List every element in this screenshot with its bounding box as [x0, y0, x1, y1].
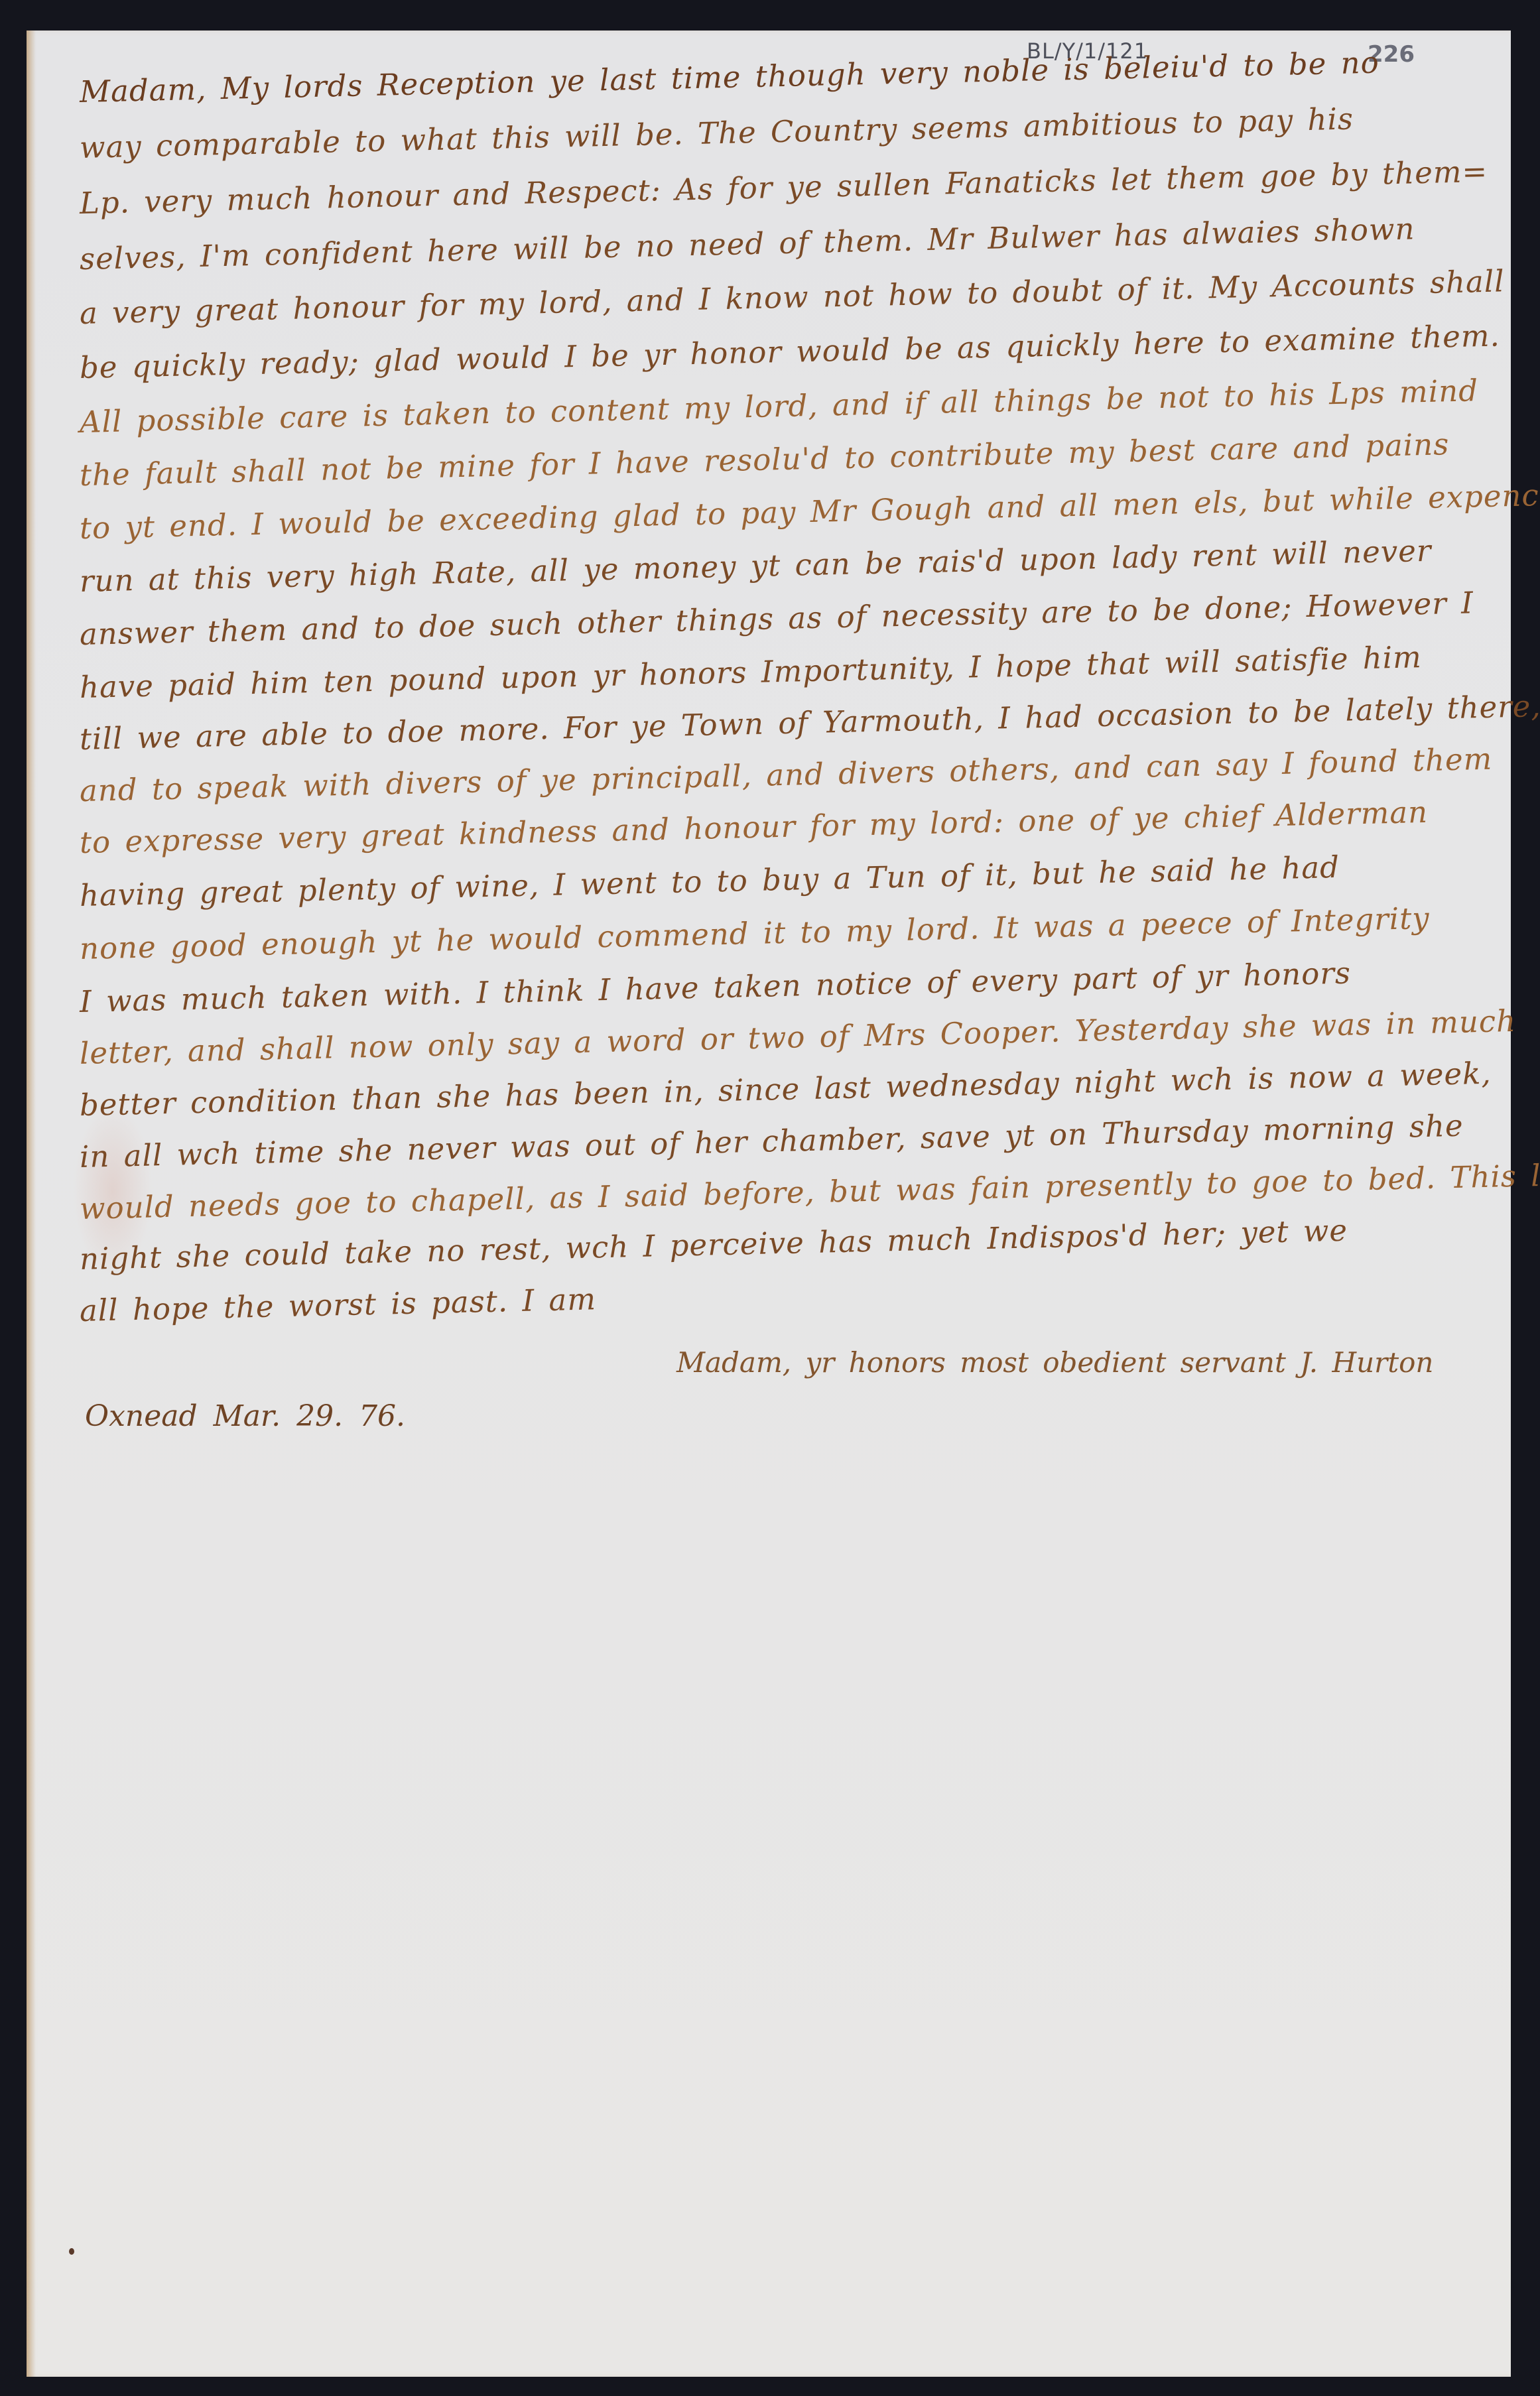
letter-line-16: having great plenty of wine, I went to t…: [79, 847, 1459, 913]
letter-closing-signature: Madam, yr honors most obedient servant J…: [676, 1346, 1433, 1379]
letter-line-17: none good enough yt he would commend it …: [79, 900, 1459, 966]
letter-line-4: selves, I'm confident here will be no ne…: [79, 210, 1459, 277]
letter-line-1: Madam, My lords Reception ye last time t…: [79, 43, 1459, 109]
scan-background: BL/Y/1/121 226 Madam, My lords Reception…: [0, 0, 1540, 2396]
letter-line-10: run at this very high Rate, all ye money…: [79, 533, 1459, 599]
ink-speck: [69, 2248, 74, 2255]
letter-line-7: All possible care is taken to content my…: [79, 373, 1459, 440]
letter-body: Madam, My lords Reception ye last time t…: [0, 0, 1540, 2396]
letter-dateline: Oxnead Mar. 29. 76.: [85, 1399, 405, 1433]
letter-line-11: answer them and to doe such other things…: [79, 586, 1459, 652]
letter-line-5: a very great honour for my lord, and I k…: [79, 265, 1459, 331]
letter-line-9: to yt end. I would be exceeding glad to …: [79, 479, 1459, 546]
letter-line-8: the fault shall not be mine for I have r…: [79, 426, 1459, 493]
letter-line-6: be quickly ready; glad would I be yr hon…: [79, 319, 1459, 385]
letter-line-3: Lp. very much honour and Respect: As for…: [79, 155, 1459, 221]
letter-line-2: way comparable to what this will be. The…: [79, 99, 1459, 165]
